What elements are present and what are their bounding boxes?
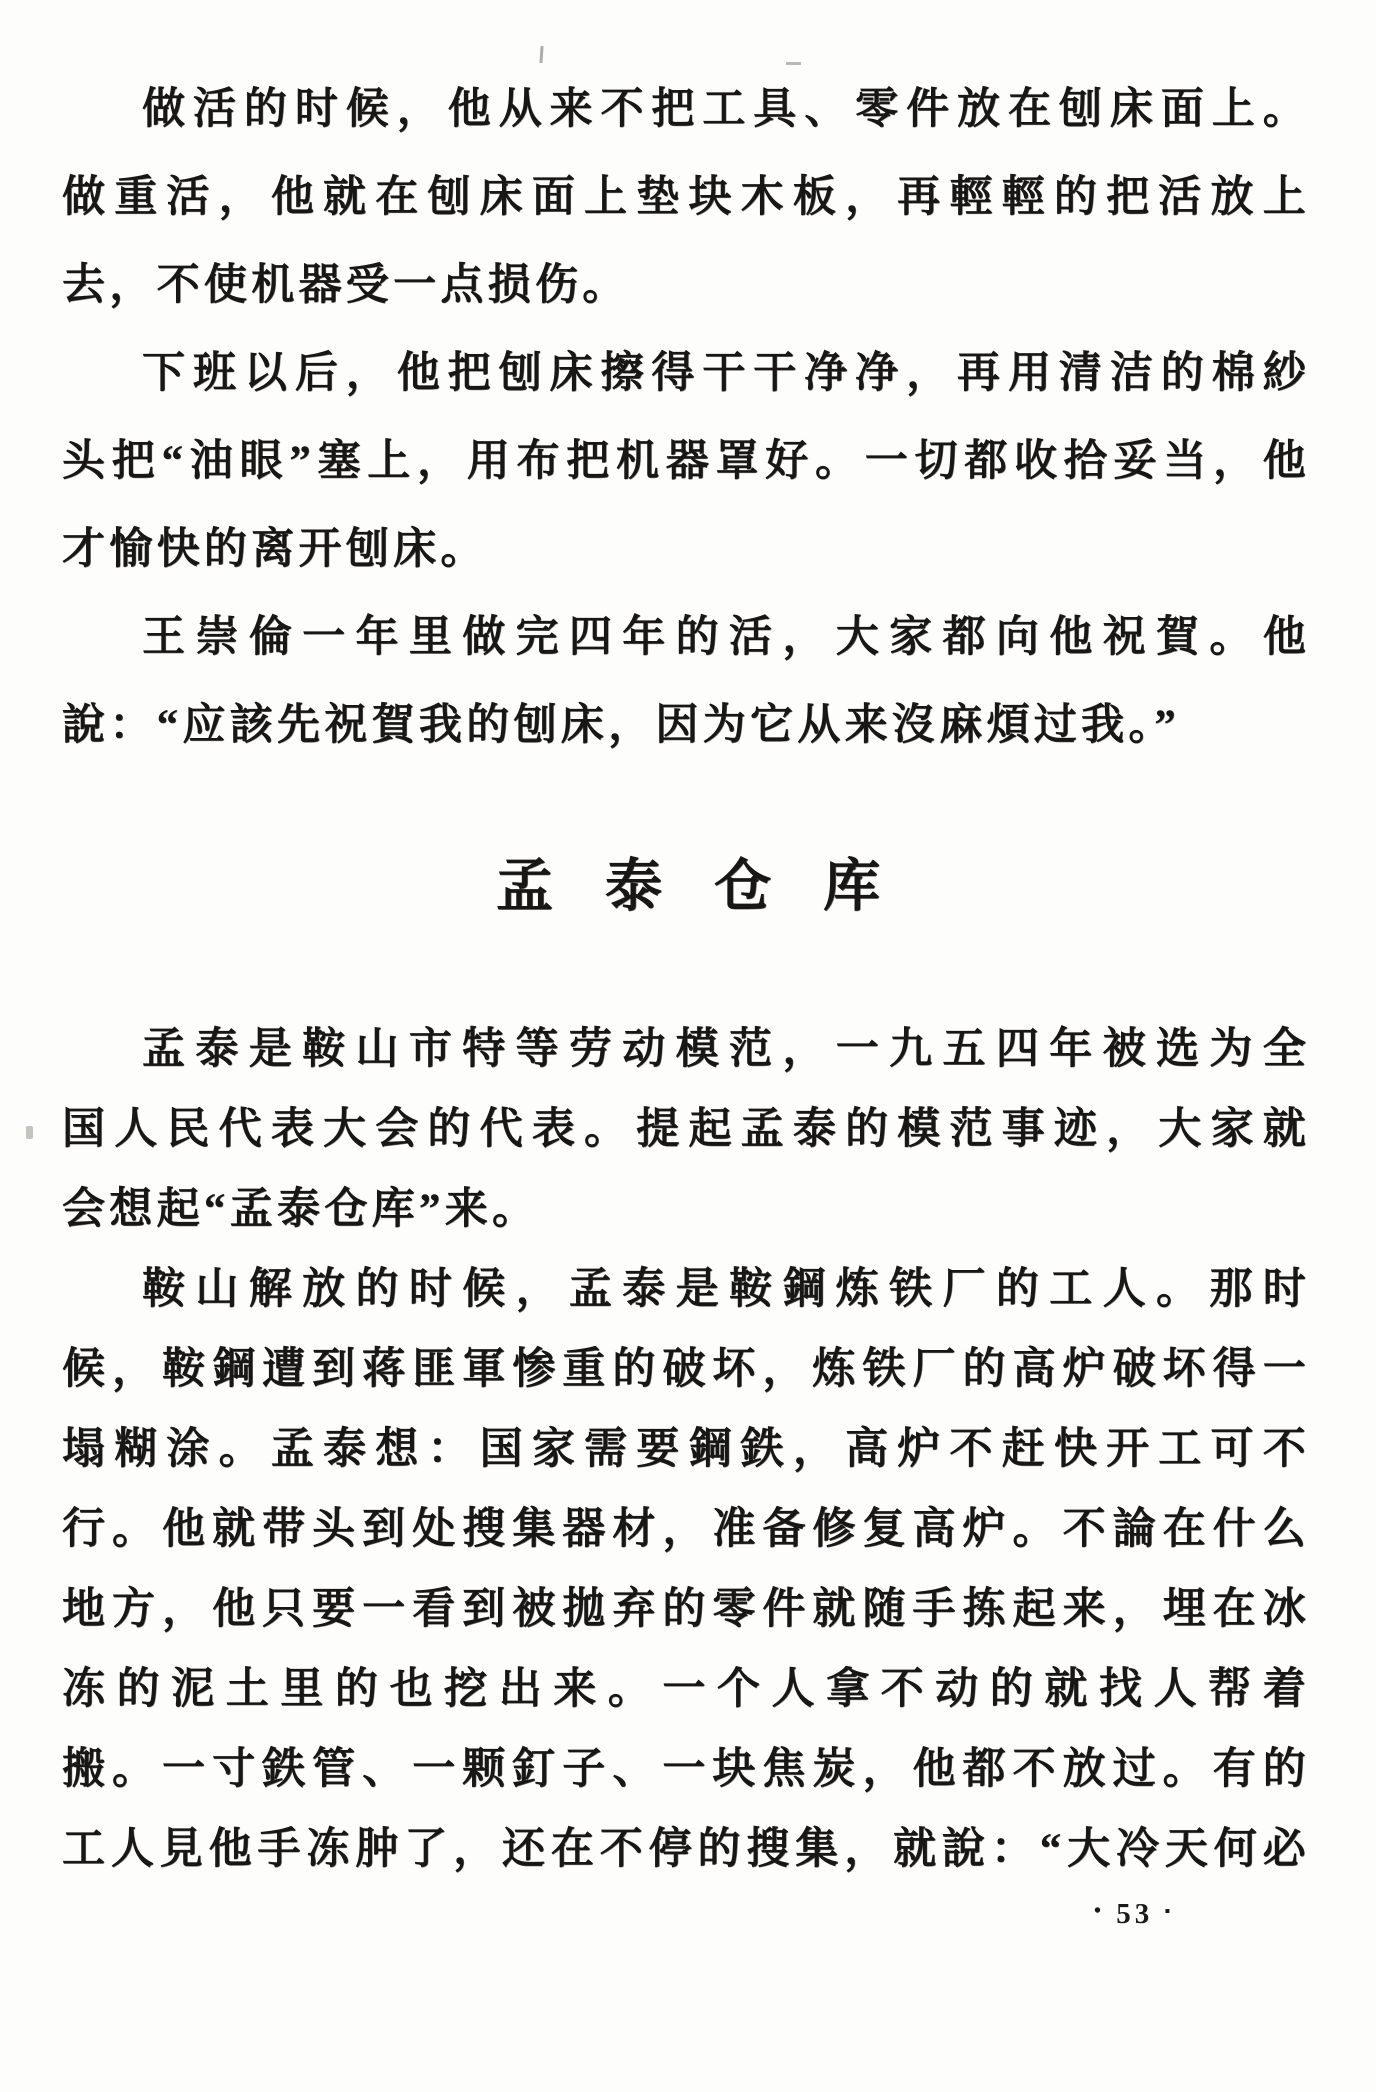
lower-text-block: 孟泰是鞍山市特等劳动模范，一九五四年被选为全 国人民代表大会的代表。提起孟泰的模… bbox=[62, 1010, 1310, 1890]
text-line: 做活的时候，他从来不把工具、零件放在刨床面上。 bbox=[62, 66, 1310, 154]
text-line: 地方，他只要一看到被拋弃的零件就随手拣起来，埋在冰 bbox=[62, 1570, 1310, 1650]
text-line: 才愉快的离开刨床。 bbox=[62, 506, 1310, 594]
page-number-right-marker: ▪ bbox=[1165, 1903, 1171, 1920]
text-line: 去，不使机器受一点损伤。 bbox=[62, 242, 1310, 330]
page-number-left-marker: • bbox=[1094, 1900, 1105, 1922]
text-line: 鞍山解放的时候，孟泰是鞍鋼炼铁厂的工人。那时 bbox=[62, 1250, 1310, 1330]
upper-text-block: 做活的时候，他从来不把工具、零件放在刨床面上。 做重活，他就在刨床面上垫块木板，… bbox=[62, 66, 1310, 770]
text-line: 王崇倫一年里做完四年的活，大家都向他祝賀。他 bbox=[62, 594, 1310, 682]
section-title: 孟泰仓库 bbox=[0, 842, 1376, 932]
text-line: 搬。一寸鉄管、一颗釘子、一块焦炭，他都不放过。有的 bbox=[62, 1730, 1310, 1810]
text-line: 說：“应該先祝賀我的刨床，因为它从来沒麻煩过我。” bbox=[62, 682, 1310, 770]
paragraph: 孟泰是鞍山市特等劳动模范，一九五四年被选为全 国人民代表大会的代表。提起孟泰的模… bbox=[62, 1010, 1310, 1250]
text-line: 候，鞍鋼遭到蒋匪軍惨重的破坏，炼铁厂的高炉破坏得一 bbox=[62, 1330, 1310, 1410]
page-number: • 53 ▪ bbox=[1094, 1898, 1170, 1931]
scan-artifact-dash bbox=[786, 62, 801, 65]
paragraph: 王崇倫一年里做完四年的活，大家都向他祝賀。他 說：“应該先祝賀我的刨床，因为它从… bbox=[62, 594, 1310, 770]
book-page: 做活的时候，他从来不把工具、零件放在刨床面上。 做重活，他就在刨床面上垫块木板，… bbox=[0, 0, 1376, 2092]
text-line: 冻的泥土里的也挖出来。一个人拿不动的就找人帮着 bbox=[62, 1650, 1310, 1730]
text-line: 会想起“孟泰仓库”来。 bbox=[62, 1170, 1310, 1250]
paragraph: 下班以后，他把刨床擦得干干净净，再用清洁的棉紗 头把“油眼”塞上，用布把机器罩好… bbox=[62, 330, 1310, 594]
scan-artifact-tick bbox=[539, 46, 543, 63]
text-line: 工人見他手冻肿了，还在不停的搜集，就說：“大冷天何必 bbox=[62, 1810, 1310, 1890]
paragraph: 鞍山解放的时候，孟泰是鞍鋼炼铁厂的工人。那时 候，鞍鋼遭到蒋匪軍惨重的破坏，炼铁… bbox=[62, 1250, 1310, 1890]
text-line: 行。他就带头到处搜集器材，准备修复高炉。不論在什么 bbox=[62, 1490, 1310, 1570]
paragraph: 做活的时候，他从来不把工具、零件放在刨床面上。 做重活，他就在刨床面上垫块木板，… bbox=[62, 66, 1310, 330]
text-line: 孟泰是鞍山市特等劳动模范，一九五四年被选为全 bbox=[62, 1010, 1310, 1090]
text-line: 塌糊涂。孟泰想：国家需要鋼鉄，高炉不赶快开工可不 bbox=[62, 1410, 1310, 1490]
text-line: 做重活，他就在刨床面上垫块木板，再輕輕的把活放上 bbox=[62, 154, 1310, 242]
text-line: 头把“油眼”塞上，用布把机器罩好。一切都收拾妥当，他 bbox=[62, 418, 1310, 506]
scan-artifact-speck bbox=[26, 1126, 33, 1139]
text-line: 国人民代表大会的代表。提起孟泰的模范事迹，大家就 bbox=[62, 1090, 1310, 1170]
page-number-value: 53 bbox=[1116, 1898, 1153, 1930]
text-line: 下班以后，他把刨床擦得干干净净，再用清洁的棉紗 bbox=[62, 330, 1310, 418]
